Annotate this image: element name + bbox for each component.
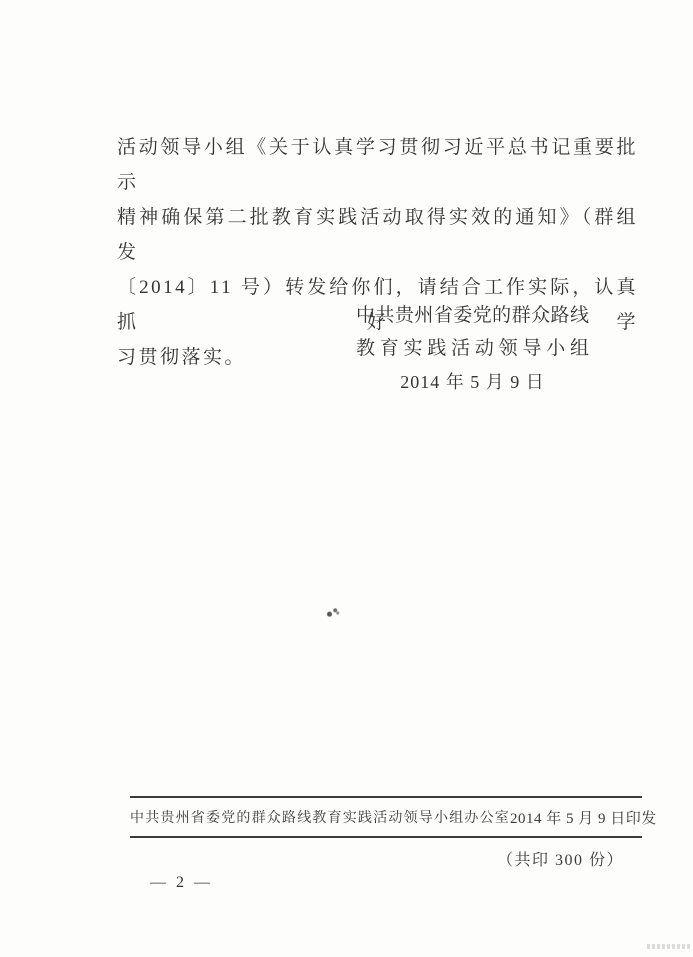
ink-smudge-artifact — [325, 607, 340, 618]
signature-org-line-2: 教育实践活动领导小组 — [356, 332, 589, 365]
paragraph-line-1: 活动领导小组《关于认真学习贯彻习近平总书记重要批示 — [117, 130, 638, 200]
scanned-document-page: 活动领导小组《关于认真学习贯彻习近平总书记重要批示 精神确保第二批教育实践活动取… — [0, 0, 693, 957]
signature-date: 2014 年 5 月 9 日 — [356, 365, 589, 399]
signature-org-line-1: 中共贵州省委党的群众路线 — [356, 299, 589, 332]
scan-edge-artifact — [647, 944, 692, 949]
page-number: — 2 — — [150, 874, 213, 892]
signature-block: 中共贵州省委党的群众路线 教育实践活动领导小组 2014 年 5 月 9 日 — [356, 299, 589, 399]
colophon-copy-count: （共印 300 份） — [130, 847, 642, 870]
colophon-print-date: 2014 年 5 月 9 日印发 — [510, 807, 657, 828]
paragraph-line-2: 精神确保第二批教育实践活动取得实效的通知》（群组发 — [117, 200, 638, 270]
colophon-issuer: 中共贵州省委党的群众路线教育实践活动领导小组办公室 — [130, 807, 510, 827]
colophon-rule-box: 中共贵州省委党的群众路线教育实践活动领导小组办公室 2014 年 5 月 9 日… — [130, 796, 642, 838]
colophon-footer: 中共贵州省委党的群众路线教育实践活动领导小组办公室 2014 年 5 月 9 日… — [130, 796, 642, 870]
